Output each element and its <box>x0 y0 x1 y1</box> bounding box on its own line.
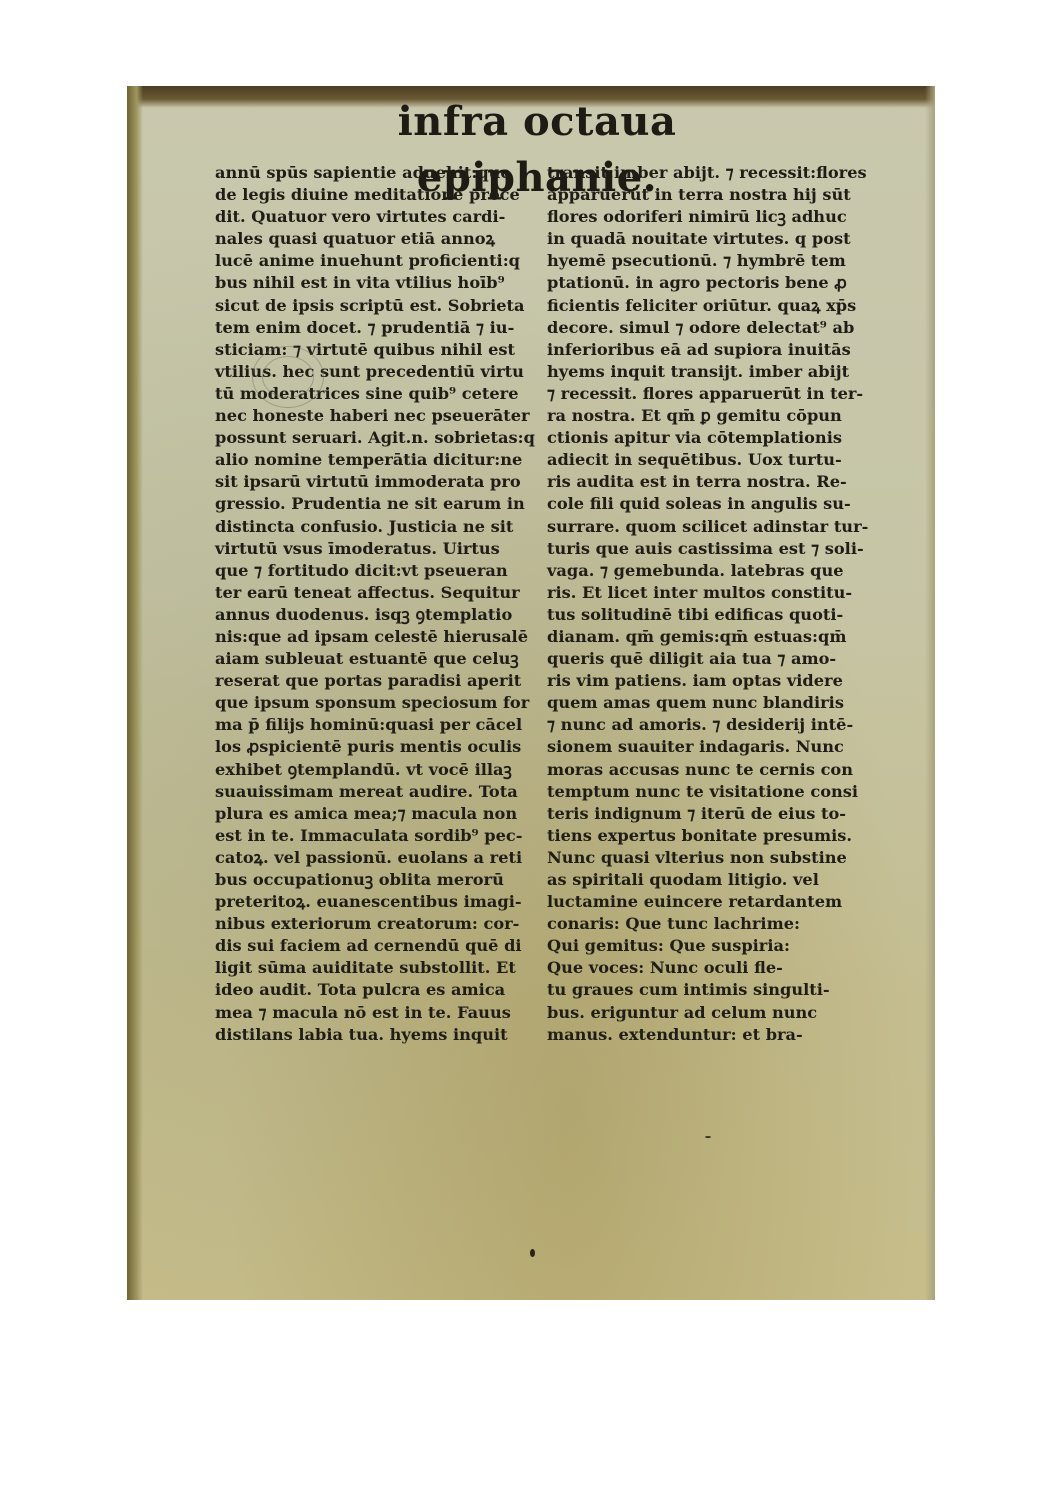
text-line: sionem suauiter indagaris. Nunc <box>547 736 887 758</box>
text-column-left: annū spūs sapientie aduehit:quede legis … <box>215 162 550 1046</box>
text-line: virtutū vsus īmoderatus. Uirtus <box>215 538 550 560</box>
text-line: quem amas quem nunc blandiris <box>547 692 887 714</box>
text-line: dit. Quatuor vero virtutes cardi- <box>215 206 550 228</box>
text-line: de legis diuine meditatione proce <box>215 184 550 206</box>
text-line: ptationū. in agro pectoris bene ꝓ <box>547 272 887 294</box>
text-line: apparuerūt in terra nostra hij sūt <box>547 184 887 206</box>
text-line: adiecit in sequētibus. Uox turtu- <box>547 449 887 471</box>
text-line: queris quē diligit aia tua ⁊ amo- <box>547 648 887 670</box>
text-line: ris vim patiens. iam optas videre <box>547 670 887 692</box>
text-line: ligit sūma auiditate substollit. Et <box>215 957 550 979</box>
text-line: ⁊ recessit. flores apparuerūt in ter- <box>547 383 887 405</box>
binding-edge-left <box>127 86 143 1300</box>
text-line: annus duodenus. isqꝫ ꝯtemplatio <box>215 604 550 626</box>
text-column-right: transit:imber abijt. ⁊ recessit:floresap… <box>547 162 887 1046</box>
text-line: sicut de ipsis scriptū est. Sobrieta <box>215 295 550 317</box>
text-line: annū spūs sapientie aduehit:que <box>215 162 550 184</box>
text-line: los ꝓspicientē puris mentis oculis <box>215 736 550 758</box>
text-line: alio nomine temperātia dicitur:ne <box>215 449 550 471</box>
page-photograph: infra octaua epiphanie. annū spūs sapien… <box>127 86 935 1300</box>
text-line: hyemē psecutionū. ⁊ hymbrē tem <box>547 250 887 272</box>
text-line: nales quasi quatuor etiā annoꝝ <box>215 228 550 250</box>
text-line: transit:imber abijt. ⁊ recessit:flores <box>547 162 887 184</box>
text-line: exhibet ꝯtemplandū. vt vocē illaꝫ <box>215 759 550 781</box>
text-line: ra nostra. Et qm̄ ꝑ gemitu cōpun <box>547 405 887 427</box>
text-line: reserat que portas paradisi aperit <box>215 670 550 692</box>
ink-speck <box>705 1136 711 1138</box>
text-line: que ⁊ fortitudo dicit:vt pseueran <box>215 560 550 582</box>
text-line: Nunc quasi vlterius non substine <box>547 847 887 869</box>
text-line: surrare. quom scilicet adinstar tur- <box>547 516 887 538</box>
text-line: luctamine euincere retardantem <box>547 891 887 913</box>
text-line: ficientis feliciter oriūtur. quaꝝ xp̄s <box>547 295 887 317</box>
text-line: sit ipsarū virtutū immoderata pro <box>215 471 550 493</box>
text-line: tiens expertus bonitate presumis. <box>547 825 887 847</box>
stamp-trace <box>262 356 314 398</box>
text-line: as spiritali quodam litigio. vel <box>547 869 887 891</box>
text-line: ris audita est in terra nostra. Re- <box>547 471 887 493</box>
text-line: cole fili quid soleas in angulis su- <box>547 493 887 515</box>
text-line: ma p̄ filijs hominū:quasi per cācel <box>215 714 550 736</box>
text-line: bus occupationuꝫ oblita merorū <box>215 869 550 891</box>
text-line: Qui gemitus: Que suspiria: <box>547 935 887 957</box>
text-line: distilans labia tua. hyems inquit <box>215 1024 550 1046</box>
text-line: possunt seruari. Agit.n. sobrietas:q <box>215 427 550 449</box>
text-line: nibus exteriorum creatorum: cor- <box>215 913 550 935</box>
text-line: moras accusas nunc te cernis con <box>547 759 887 781</box>
text-line: catoꝝ. vel passionū. euolans a reti <box>215 847 550 869</box>
text-line: distincta confusio. Justicia ne sit <box>215 516 550 538</box>
text-line: mea ⁊ macula nō est in te. Fauus <box>215 1002 550 1024</box>
text-line: est in te. Immaculata sordib⁹ pec- <box>215 825 550 847</box>
text-line: que ipsum sponsum speciosum for <box>215 692 550 714</box>
text-line: turis que auis castissima est ⁊ soli- <box>547 538 887 560</box>
text-line: suauissimam mereat audire. Tota <box>215 781 550 803</box>
text-line: hyems inquit transijt. imber abijt <box>547 361 887 383</box>
text-line: inferioribus eā ad supiora inuitās <box>547 339 887 361</box>
text-line: bus. eriguntur ad celum nunc <box>547 1002 887 1024</box>
text-line: nec honeste haberi nec pseuerāter <box>215 405 550 427</box>
text-line: flores odoriferi nimirū licꝫ adhuc <box>547 206 887 228</box>
text-line: aiam subleuat estuantē que celuꝫ <box>215 648 550 670</box>
text-line: bus nihil est in vita vtilius hoīb⁹ <box>215 272 550 294</box>
text-line: dianam. qm̄ gemis:qm̄ estuas:qm̄ <box>547 626 887 648</box>
text-line: Que voces: Nunc oculi fle- <box>547 957 887 979</box>
text-line: ctionis apitur via cōtemplationis <box>547 427 887 449</box>
text-line: teris indignum ⁊ iterū de eius to- <box>547 803 887 825</box>
text-line: ⁊ nunc ad amoris. ⁊ desiderij intē- <box>547 714 887 736</box>
ink-speck <box>530 1249 535 1257</box>
text-line: dis sui faciem ad cernendū quē di <box>215 935 550 957</box>
text-line: tem enim docet. ⁊ prudentiā ⁊ iu- <box>215 317 550 339</box>
text-line: manus. extenduntur: et bra- <box>547 1024 887 1046</box>
text-line: conaris: Que tunc lachrime: <box>547 913 887 935</box>
page-edge-right <box>925 86 935 1300</box>
text-line: temptum nunc te visitatione consi <box>547 781 887 803</box>
text-line: gressio. Prudentia ne sit earum in <box>215 493 550 515</box>
text-line: tus solitudinē tibi edificas quoti- <box>547 604 887 626</box>
text-line: tu graues cum intimis singulti- <box>547 979 887 1001</box>
text-line: ris. Et licet inter multos constitu- <box>547 582 887 604</box>
text-line: ter earū teneat affectus. Sequitur <box>215 582 550 604</box>
text-line: preteritoꝝ. euanescentibus imagi- <box>215 891 550 913</box>
text-line: plura es amica mea;⁊ macula non <box>215 803 550 825</box>
text-line: ideo audit. Tota pulcra es amica <box>215 979 550 1001</box>
text-line: nis:que ad ipsam celestē hierusalē <box>215 626 550 648</box>
text-line: lucē anime inuehunt proficienti:q <box>215 250 550 272</box>
text-line: vaga. ⁊ gemebunda. latebras que <box>547 560 887 582</box>
text-line: decore. simul ⁊ odore delectat⁹ ab <box>547 317 887 339</box>
text-line: in quadā nouitate virtutes. q post <box>547 228 887 250</box>
